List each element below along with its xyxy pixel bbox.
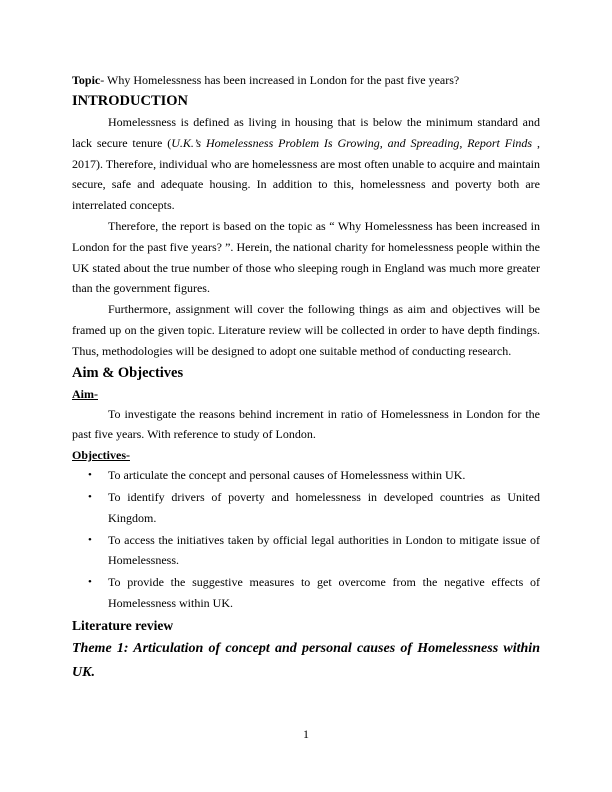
literature-review-heading: Literature review — [72, 615, 540, 637]
theme-1-heading: Theme 1: Articulation of concept and per… — [72, 637, 540, 685]
objective-text: To provide the suggestive measures to ge… — [108, 575, 540, 610]
objective-text: To articulate the concept and personal c… — [108, 468, 465, 482]
bullet-icon: • — [88, 465, 92, 486]
list-item: •To identify drivers of poverty and home… — [72, 487, 540, 529]
bullet-icon: • — [88, 487, 92, 508]
topic-label: Topic — [72, 73, 100, 87]
intro-paragraph-3: Furthermore, assignment will cover the f… — [72, 299, 540, 361]
list-item: •To provide the suggestive measures to g… — [72, 572, 540, 614]
list-item: •To access the initiatives taken by offi… — [72, 530, 540, 572]
citation-title: U.K.’s Homelessness Problem Is Growing, … — [171, 136, 532, 150]
objective-text: To identify drivers of poverty and homel… — [108, 490, 540, 525]
introduction-heading: INTRODUCTION — [72, 90, 540, 112]
bullet-icon: • — [88, 572, 92, 593]
page-number: 1 — [0, 727, 612, 742]
aim-label: Aim- — [72, 384, 540, 404]
aim-text: To investigate the reasons behind increm… — [72, 404, 540, 446]
document-page: Topic- Why Homelessness has been increas… — [72, 70, 540, 685]
topic-text: - Why Homelessness has been increased in… — [100, 73, 459, 87]
bullet-icon: • — [88, 530, 92, 551]
objectives-list: •To articulate the concept and personal … — [72, 465, 540, 614]
objectives-label: Objectives- — [72, 445, 540, 465]
objective-text: To access the initiatives taken by offic… — [108, 533, 540, 568]
list-item: •To articulate the concept and personal … — [72, 465, 540, 486]
intro-paragraph-1: Homelessness is defined as living in hou… — [72, 112, 540, 216]
aim-objectives-heading: Aim & Objectives — [72, 362, 540, 384]
intro-paragraph-2: Therefore, the report is based on the to… — [72, 216, 540, 299]
topic-line: Topic- Why Homelessness has been increas… — [72, 70, 540, 90]
